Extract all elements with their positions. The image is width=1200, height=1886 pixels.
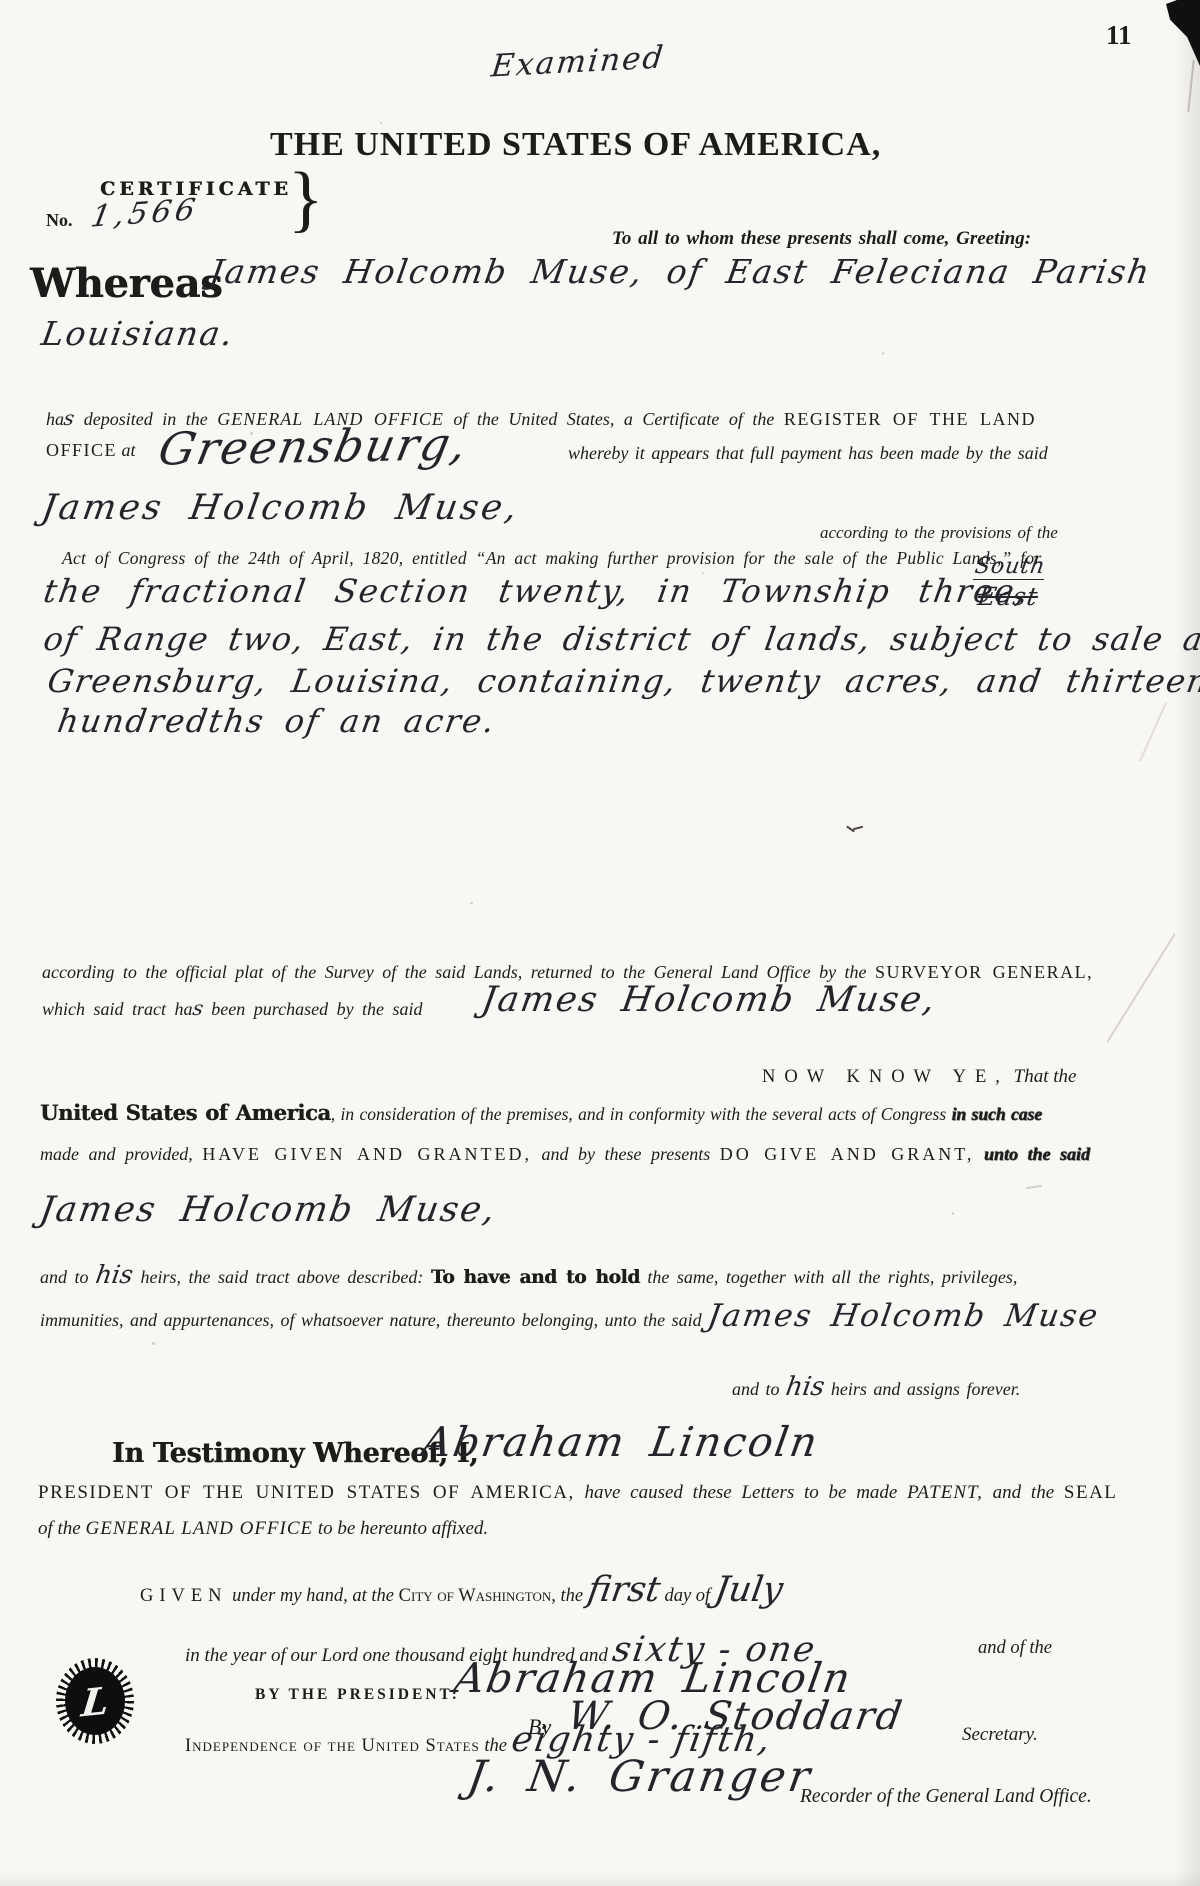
land-description-line-1: the fractional Section twenty, in Townsh… <box>41 572 1031 610</box>
deposit-line-2-left: OFFICE at <box>46 440 136 461</box>
scan-edge-mark-artifact <box>1187 60 1194 112</box>
scan-streak-artifact <box>1106 933 1176 1043</box>
his-script: his <box>94 1260 136 1289</box>
plat-purchaser-name-script: James Holcomb Muse, <box>479 980 940 1020</box>
certificate-brace: } <box>288 162 324 236</box>
seal-monogram: L <box>79 1677 111 1725</box>
land-description-insert-south: South <box>973 554 1047 579</box>
salutation-line: To all to whom these presents shall come… <box>612 228 1031 250</box>
habendum-line-3: and to his heirs and assigns forever. <box>732 1372 1020 1402</box>
scan-corner-ribbon-artifact <box>1166 0 1200 66</box>
grant-line-2: made and provided, HAVE GIVEN AND GRANTE… <box>40 1144 1090 1165</box>
land-description-line-4: hundredths of an acre. <box>55 702 499 740</box>
given-line-1: GIVEN under my hand, at the City of Wash… <box>140 1570 782 1610</box>
habendum-line-2: immunities, and appurtenances, of whatso… <box>40 1298 1099 1334</box>
day-script: first <box>585 1570 663 1610</box>
by-the-president-label: BY THE PRESIDENT: <box>255 1686 460 1704</box>
month-script: July <box>712 1570 786 1610</box>
certificate-number-value: 1,566 <box>88 192 202 234</box>
examined-annotation: Examined <box>489 40 666 85</box>
deposit-line-2-right: whereby it appears that full payment has… <box>568 443 1048 464</box>
testimony-line-2: PRESIDENT OF THE UNITED STATES OF AMERIC… <box>38 1482 1117 1504</box>
by-label: By <box>528 1714 551 1740</box>
according-provisions-line: according to the provisions of the <box>820 523 1058 543</box>
page-number: 11 <box>1106 20 1132 51</box>
testimony-line-3: of the GENERAL LAND OFFICE to be hereunt… <box>38 1518 488 1540</box>
secretary-label: Secretary. <box>962 1724 1038 1746</box>
certificate-number-label: No. <box>46 210 73 231</box>
ink-dash-artifact <box>1026 1185 1042 1189</box>
habendum-name-script: James Holcomb Muse <box>705 1298 1102 1334</box>
grant-line-1: United States of America, in considerati… <box>40 1100 1042 1125</box>
and-of-the-line: and of the <box>978 1638 1052 1659</box>
act-of-congress-line: Act of Congress of the 24th of April, 18… <box>62 548 1042 569</box>
plat-line-2: which said tract has been purchased by t… <box>42 996 423 1020</box>
secretary-signature-script: W. O. Stoddard <box>564 1694 906 1739</box>
ink-mark-artifact <box>846 822 862 834</box>
land-office-place-script: Greensburg, <box>154 417 473 475</box>
grantee-name-script: James Holcomb Muse, of East Feleciana Pa… <box>207 252 1154 291</box>
grantee-residence-script: Louisiana. <box>39 314 237 353</box>
document-title: THE UNITED STATES OF AMERICA, <box>270 126 881 164</box>
land-description-insert-east: East <box>976 582 1041 611</box>
land-description-line-3: Greensburg, Louisina, containing, twenty… <box>45 662 1200 700</box>
general-land-office-seal: L <box>56 1658 134 1744</box>
scan-streak-artifact <box>1139 702 1167 761</box>
seal-core: L <box>65 1667 125 1735</box>
purchaser-name-script: James Holcomb Muse, <box>39 488 523 528</box>
habendum-line-1: and to his heirs, the said tract above d… <box>40 1260 1017 1289</box>
recorder-label: Recorder of the General Land Office. <box>800 1786 1092 1808</box>
his-script: his <box>784 1372 827 1402</box>
recorder-signature-script: J. N. Granger <box>464 1752 816 1802</box>
land-patent-document-page: 11 Examined THE UNITED STATES OF AMERICA… <box>0 0 1200 1886</box>
land-description-line-2: of Range two, East, in the district of l… <box>41 620 1200 658</box>
lincoln-name-script: Abraham Lincoln <box>418 1418 822 1466</box>
grant-name-script: James Holcomb Muse, <box>37 1190 500 1230</box>
whereas-lead: Whereas <box>30 260 222 307</box>
now-know-ye-line: NOW KNOW YE, That the <box>762 1066 1076 1088</box>
